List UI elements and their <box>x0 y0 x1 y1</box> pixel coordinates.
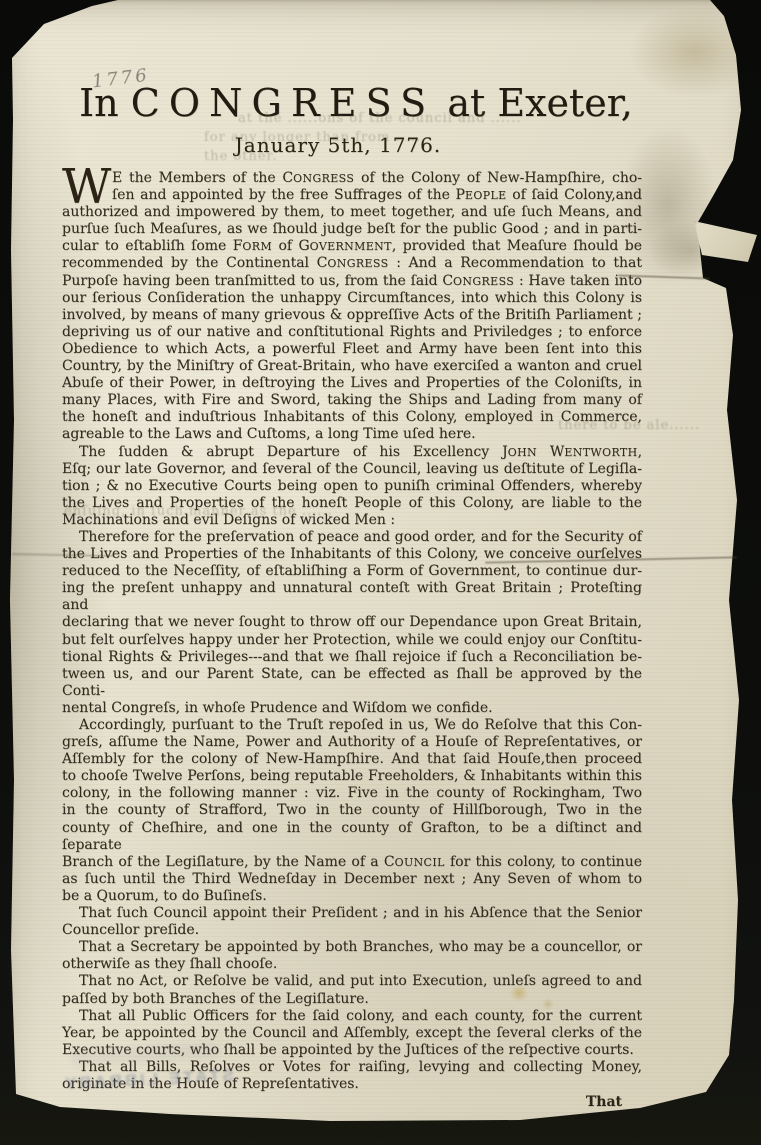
document-line: Country, by the Miniſtry of Great-Britai… <box>62 358 642 375</box>
document-line: Eſq; our late Governor, and ſeveral of t… <box>62 461 642 478</box>
document-line: but felt ourſelves happy under her Prote… <box>62 632 642 649</box>
document-line: cular to eſtabliſh ſome FORM of GOVERNME… <box>62 238 642 255</box>
document-line: tion ; & no Executive Courts being open … <box>62 478 642 495</box>
document-line: the honeſt and induſtrious Inhabitants o… <box>62 409 642 426</box>
document-line: Therefore for the preſervation of peace … <box>62 529 642 546</box>
document-body: WE the Members of the CONGRESS of the Co… <box>62 170 642 1111</box>
document-line: the Lives and Properties of the Inhabita… <box>62 546 642 563</box>
document-line: many Places, with Fire and Sword, taking… <box>62 392 642 409</box>
document-line: to chooſe Twelve Perſons, being reputabl… <box>62 768 642 785</box>
paragraph: Accordingly, purſuant to the Truſt repoſ… <box>62 717 642 905</box>
torn-paper-flap <box>694 219 761 265</box>
document-line: Obedience to which Acts, a powerful Flee… <box>62 341 642 358</box>
document-line: reduced to the Neceſſity, of eſtabliſhin… <box>62 563 642 580</box>
document-line: nental Congreſs, in whoſe Prudence and W… <box>62 700 642 717</box>
document-line: That all Public Officers for the ſaid co… <box>62 1008 642 1025</box>
document-line: E the Members of the CONGRESS of the Col… <box>62 170 642 187</box>
document-line: Year, be appointed by the Council and Aſ… <box>62 1025 642 1042</box>
document-line: Aſſembly for the colony of New-Hampſhire… <box>62 751 642 768</box>
show-through-text: there to be ale...... <box>558 418 700 433</box>
document-line: That ſuch Council appoint their Preſiden… <box>62 905 642 922</box>
document-line: agreable to the Laws and Cuſtoms, a long… <box>62 426 642 443</box>
document-line: tional Rights & Privileges---and that we… <box>62 649 642 666</box>
document-line: colony, in the following manner : viz. F… <box>62 785 642 802</box>
document-line: county of Cheſhire, and one in the count… <box>62 820 642 854</box>
drop-cap: W <box>62 170 112 204</box>
document-line: The ſudden & abrupt Departure of his Exc… <box>62 444 642 461</box>
document-line: Abuſe of their Power, in deſtroying the … <box>62 375 642 392</box>
document-line: involved, by means of many grievous & op… <box>62 307 642 324</box>
show-through-text: at the ......ons of the council and ....… <box>238 111 521 126</box>
document-line: That a Secretary be appointed by both Br… <box>62 939 642 956</box>
show-through-text: the other. <box>204 149 277 164</box>
document-line: Purpoſe having been tranſmitted to us, f… <box>62 273 642 290</box>
paragraph: That no Act, or Reſolve be valid, and pu… <box>62 973 642 1007</box>
document-line: in the county of Strafford, Two in the c… <box>62 802 642 819</box>
document-line: otherwiſe as they ſhall chooſe. <box>62 956 642 973</box>
document-line: as ſuch until the Third Wedneſday in Dec… <box>62 871 642 888</box>
paragraph: Therefore for the preſervation of peace … <box>62 529 642 717</box>
document-line: Accordingly, purſuant to the Truſt repoſ… <box>62 717 642 734</box>
document-line: authorized and impowered by them, to mee… <box>62 204 642 221</box>
document-line: Branch of the Legiſlature, by the Name o… <box>62 854 642 871</box>
document-line: greſs, aſſume the Name, Power and Author… <box>62 734 642 751</box>
show-through-text: for any longer than from ...... <box>204 130 426 145</box>
catchword: That <box>62 1094 642 1111</box>
document-line: be a Quorum, to do Buſineſs. <box>62 888 642 905</box>
paragraph: That a Secretary be appointed by both Br… <box>62 939 642 973</box>
paragraph: That ſuch Council appoint their Preſiden… <box>62 905 642 939</box>
show-through-text: enſuing, in ſuch manner as the ...... <box>64 504 333 519</box>
document-line: tween us, and our Parent State, can be e… <box>62 666 642 700</box>
document-line: That no Act, or Reſolve be valid, and pu… <box>62 973 642 990</box>
document-line: purſue ſuch Meaſures, as we ſhould judge… <box>62 221 642 238</box>
document-line: ſen and appointed by the free Suffrages … <box>62 187 642 204</box>
document-line: recommended by the Continental CONGRESS … <box>62 255 642 272</box>
document-line: depriving us of our native and conſtitut… <box>62 324 642 341</box>
document-line: our ſerious Conſideration the unhappy Ci… <box>62 290 642 307</box>
document-line: paſſed by both Branches of the Legiſlatu… <box>62 991 642 1008</box>
document-line: ing the preſent unhappy and unnatural co… <box>62 580 642 614</box>
paragraph: WE the Members of the CONGRESS of the Co… <box>62 170 642 444</box>
document-line: declaring that we never ſought to throw … <box>62 614 642 631</box>
photo-background: 1776 In CONGRESS at Exeter, January 5th,… <box>0 0 761 1145</box>
title-pre: In <box>79 81 131 125</box>
document-line: Councellor preſide. <box>62 922 642 939</box>
